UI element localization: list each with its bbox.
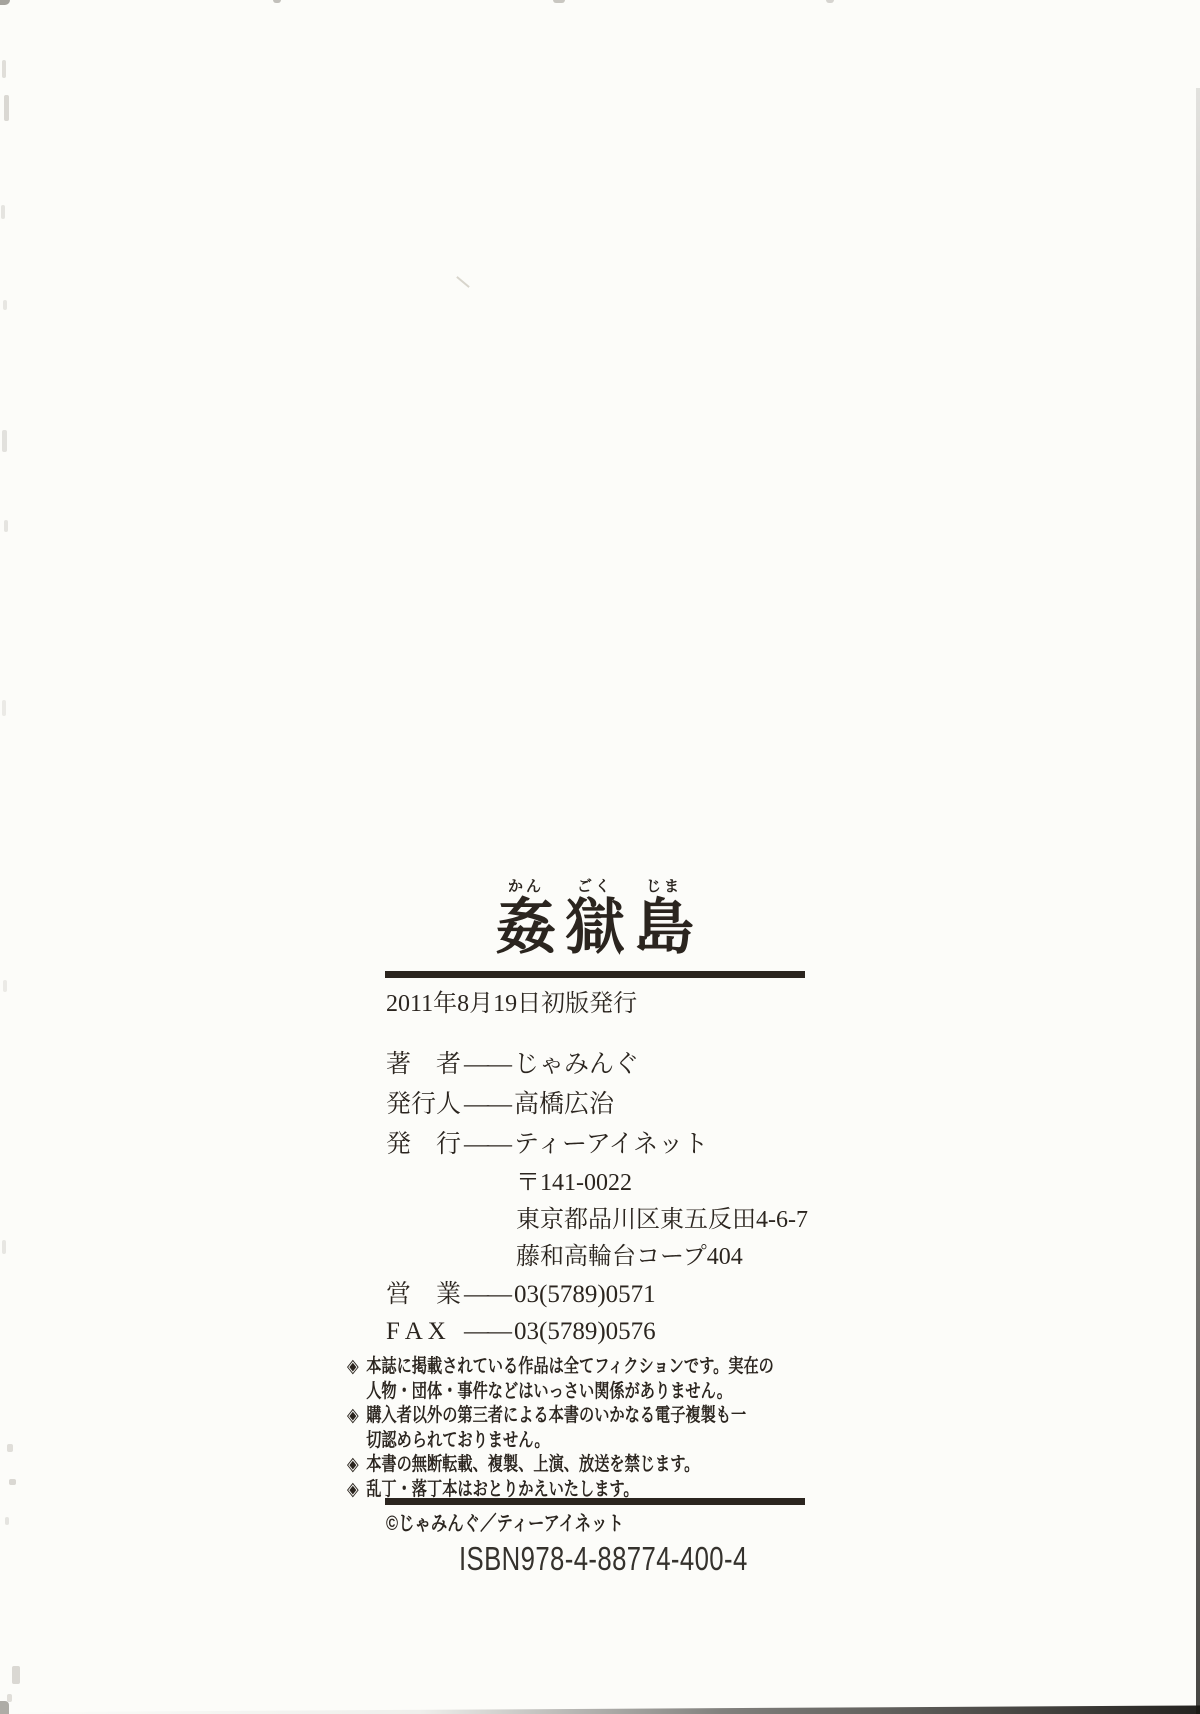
notice-line: 切認められておりません。 bbox=[347, 1429, 811, 1454]
scan-corner-mark bbox=[0, 1701, 9, 1714]
title-kanji: 姦 bbox=[496, 898, 556, 958]
credit-label: 著 者 bbox=[386, 1051, 464, 1079]
scan-edge-mark bbox=[273, 0, 281, 3]
diamond-bullet-icon: ◈ bbox=[347, 1478, 366, 1503]
leader-dash: —— bbox=[464, 1091, 510, 1118]
legal-notices: ◈本誌に掲載されている作品は全てフィクションです。実在の 人物・団体・事件などは… bbox=[347, 1355, 811, 1503]
title-char: じま 島 bbox=[634, 880, 694, 958]
credit-row-author: 著 者——じゃみんぐ bbox=[386, 1051, 639, 1079]
title-kanji: 島 bbox=[634, 898, 694, 958]
contact-label: 営 業 bbox=[386, 1281, 464, 1309]
footer-divider-rule bbox=[385, 1498, 805, 1505]
title-furigana: かん bbox=[508, 880, 544, 895]
scan-edge-speck bbox=[2, 430, 7, 452]
notice-line: ◈本書の無断転載、複製、上演、放送を禁じます。 bbox=[347, 1453, 811, 1478]
scan-edge-speck bbox=[3, 300, 7, 310]
scan-edge-mark bbox=[826, 0, 834, 3]
credit-value: ティーアイネット bbox=[514, 1131, 708, 1158]
credit-row-publisher: 発 行——ティーアイネット bbox=[386, 1131, 708, 1159]
title-furigana: ごく bbox=[577, 880, 613, 895]
scan-edge-speck bbox=[5, 1517, 9, 1525]
scan-right-edge-shadow bbox=[1196, 88, 1200, 1714]
postal-code: 〒141-0022 bbox=[516, 1170, 632, 1196]
leader-dash: —— bbox=[464, 1318, 510, 1345]
notice-line: 人物・団体・事件などはいっさい関係がありません。 bbox=[347, 1380, 811, 1405]
contact-label: F A X bbox=[386, 1318, 464, 1346]
isbn-number: ISBN978-4-88774-400-4 bbox=[459, 1541, 748, 1577]
notice-text: 人物・団体・事件などはいっさい関係がありません。 bbox=[366, 1381, 732, 1402]
title-kanji: 獄 bbox=[565, 898, 625, 958]
credit-label: 発 行 bbox=[386, 1131, 464, 1159]
scan-edge-speck bbox=[4, 520, 8, 532]
notice-line: ◈購入者以外の第三者による本書のいかなる電子複製も一 bbox=[347, 1404, 811, 1429]
credit-label: 発行人 bbox=[386, 1091, 464, 1119]
scan-edge-speck bbox=[7, 1444, 13, 1452]
contact-value: 03(5789)0571 bbox=[514, 1281, 656, 1308]
scan-edge-speck bbox=[2, 1240, 6, 1254]
leader-dash: —— bbox=[464, 1051, 510, 1078]
scan-edge-speck bbox=[3, 980, 7, 992]
notice-text: 購入者以外の第三者による本書のいかなる電子複製も一 bbox=[366, 1405, 746, 1426]
scan-edge-speck bbox=[12, 1666, 20, 1684]
credit-value: 高橋広治 bbox=[514, 1091, 614, 1118]
copyright-line: ©じゃみんぐ／ティーアイネット bbox=[386, 1513, 624, 1535]
notice-text: 切認められておりません。 bbox=[366, 1430, 549, 1451]
credit-row-publisher-person: 発行人——高橋広治 bbox=[386, 1091, 614, 1119]
notice-text: 本誌に掲載されている作品は全てフィクションです。実在の bbox=[366, 1356, 774, 1377]
title-divider-rule bbox=[385, 971, 805, 978]
notice-line: ◈本誌に掲載されている作品は全てフィクションです。実在の bbox=[347, 1355, 811, 1380]
diamond-bullet-icon: ◈ bbox=[347, 1404, 366, 1429]
notice-text: 乱丁・落丁本はおとりかえいたします。 bbox=[366, 1479, 638, 1500]
scan-scratch-mark bbox=[456, 276, 470, 288]
address-line-2: 藤和高輪台コープ404 bbox=[516, 1244, 743, 1270]
scan-edge-mark bbox=[553, 0, 565, 3]
scan-edge-speck bbox=[7, 1694, 12, 1702]
title-furigana: じま bbox=[646, 880, 682, 895]
contact-row-sales: 営 業——03(5789)0571 bbox=[386, 1281, 656, 1309]
scan-edge-speck bbox=[2, 700, 6, 716]
scan-edge-speck bbox=[1, 205, 5, 219]
credit-value: じゃみんぐ bbox=[514, 1051, 639, 1078]
title-char: ごく 獄 bbox=[565, 880, 625, 958]
address-line-1: 東京都品川区東五反田4-6-7 bbox=[516, 1207, 808, 1233]
leader-dash: —— bbox=[464, 1131, 510, 1158]
contact-value: 03(5789)0576 bbox=[514, 1318, 656, 1345]
scanned-colophon-page: かん 姦 ごく 獄 じま 島 2011年8月19日初版発行 著 者——じゃみんぐ… bbox=[0, 0, 1200, 1714]
edition-date: 2011年8月19日初版発行 bbox=[386, 991, 637, 1017]
scan-bottom-edge-shadow bbox=[0, 1705, 1200, 1714]
scan-edge-speck bbox=[4, 95, 9, 121]
diamond-bullet-icon: ◈ bbox=[347, 1355, 366, 1380]
scan-edge-speck bbox=[2, 60, 6, 78]
scan-edge-speck bbox=[9, 1479, 16, 1485]
scan-corner-mark bbox=[0, 0, 10, 5]
title-char: かん 姦 bbox=[496, 880, 556, 958]
contact-row-fax: F A X——03(5789)0576 bbox=[386, 1318, 656, 1346]
diamond-bullet-icon: ◈ bbox=[347, 1453, 366, 1478]
notice-text: 本書の無断転載、複製、上演、放送を禁じます。 bbox=[366, 1454, 699, 1475]
book-title: かん 姦 ごく 獄 じま 島 bbox=[385, 880, 805, 958]
leader-dash: —— bbox=[464, 1281, 510, 1308]
